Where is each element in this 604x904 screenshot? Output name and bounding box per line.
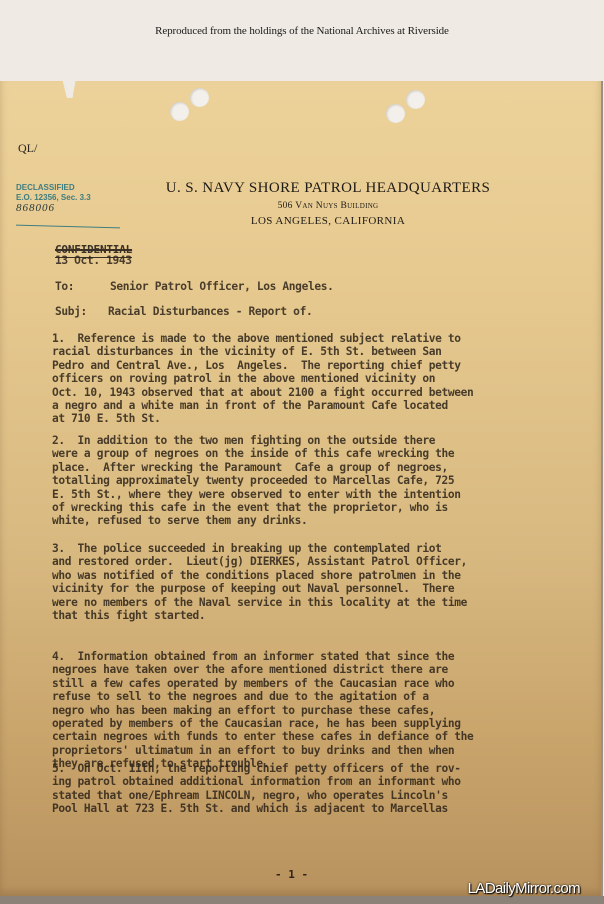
paragraph-line: 1. Reference is made to the above mentio… [52,332,461,345]
archive-reproduction-note: Reproduced from the holdings of the Nati… [0,25,604,37]
memo-subject: Racial Disturbances - Report of. [108,305,312,318]
punch-hole [386,104,405,123]
letterhead-building: 506 Van Nuys Building [0,201,604,211]
paragraph-line: refuse to sell to the negroes and due to… [52,690,429,703]
punch-hole [406,90,425,109]
paragraph-line: Oct. 10, 1943 observed that at about 210… [52,386,473,399]
paragraph-line: racial disturbances in the vicinity of E… [52,345,442,358]
paragraph-line: negro who has been making an effort to p… [52,704,435,717]
paragraph-line: 4. Information obtained from an informer… [52,650,454,663]
paragraph-line: still a few cafes operated by members of… [52,677,454,690]
paragraph-line: Pool Hall at 723 E. 5th St. and which is… [52,802,448,815]
paragraph-line: E. 5th St., where they were observed to … [52,488,461,501]
memo-to-label: To: [55,280,74,293]
paragraph-line: totalling approximately twenty proceeded… [52,474,454,487]
paragraph-line: proprietors' ultimatum in an effort to b… [52,744,454,757]
punch-hole [170,102,189,121]
paragraph-line: were no members of the Naval service in … [52,596,467,609]
paragraph-line: and restored order. Lieut(jg) DIERKES, A… [52,555,467,568]
memo-date: 13 Oct. 1943 [55,254,132,267]
memo-subj-label: Subj: [55,305,87,318]
letterhead-title: U. S. NAVY SHORE PATROL HEADQUARTERS [0,180,604,197]
paragraph-line: vicinity for the purpose of keeping out … [52,582,454,595]
paragraph-line: negroes have taken over the afore mentio… [52,663,448,676]
paragraph-line: were a group of negroes on the inside of… [52,447,454,460]
letterhead-city: LOS ANGELES, CALIFORNIA [0,215,604,227]
paragraph-line: operated by members of the Caucasian rac… [52,717,461,730]
paragraph-line: Pedro and Central Ave., Los Angeles. The… [52,359,461,372]
paragraph-line: 2. In addition to the two men fighting o… [52,434,435,447]
paragraph-line: stated that one/Ephream LINCOLN, negro, … [52,789,448,802]
paragraph-line: 5. On Oct. 11th, the reporting chief pet… [52,762,461,775]
page-bottom-edge [0,896,604,904]
paragraph-line: 3. The police succeeded in breaking up t… [52,542,442,555]
paragraph-line: place. After wrecking the Paramount Cafe… [52,461,448,474]
paragraph-line: white, refused to serve them any drinks. [52,514,307,527]
punch-hole [190,88,209,107]
paragraph-line: certain negroes with funds to enter thes… [52,730,473,743]
paragraph-line: who was notified of the conditions place… [52,569,461,582]
paragraph-line: that this fight started. [52,609,205,622]
paragraph-line: officers on roving patrol in the above m… [52,372,435,385]
paragraph-line: of wrecking this cafe in the event that … [52,501,448,514]
memo-to: Senior Patrol Officer, Los Angeles. [110,280,334,293]
page-number: - 1 - [275,868,308,881]
file-mark: QL/ [18,141,37,156]
watermark: LADailyMirror.com [468,880,580,897]
paragraph-line: at 710 E. 5th St. [52,412,161,425]
paragraph-line: ing patrol obtained additional informati… [52,775,461,788]
paragraph-line: a negro and a white man in front of the … [52,399,448,412]
